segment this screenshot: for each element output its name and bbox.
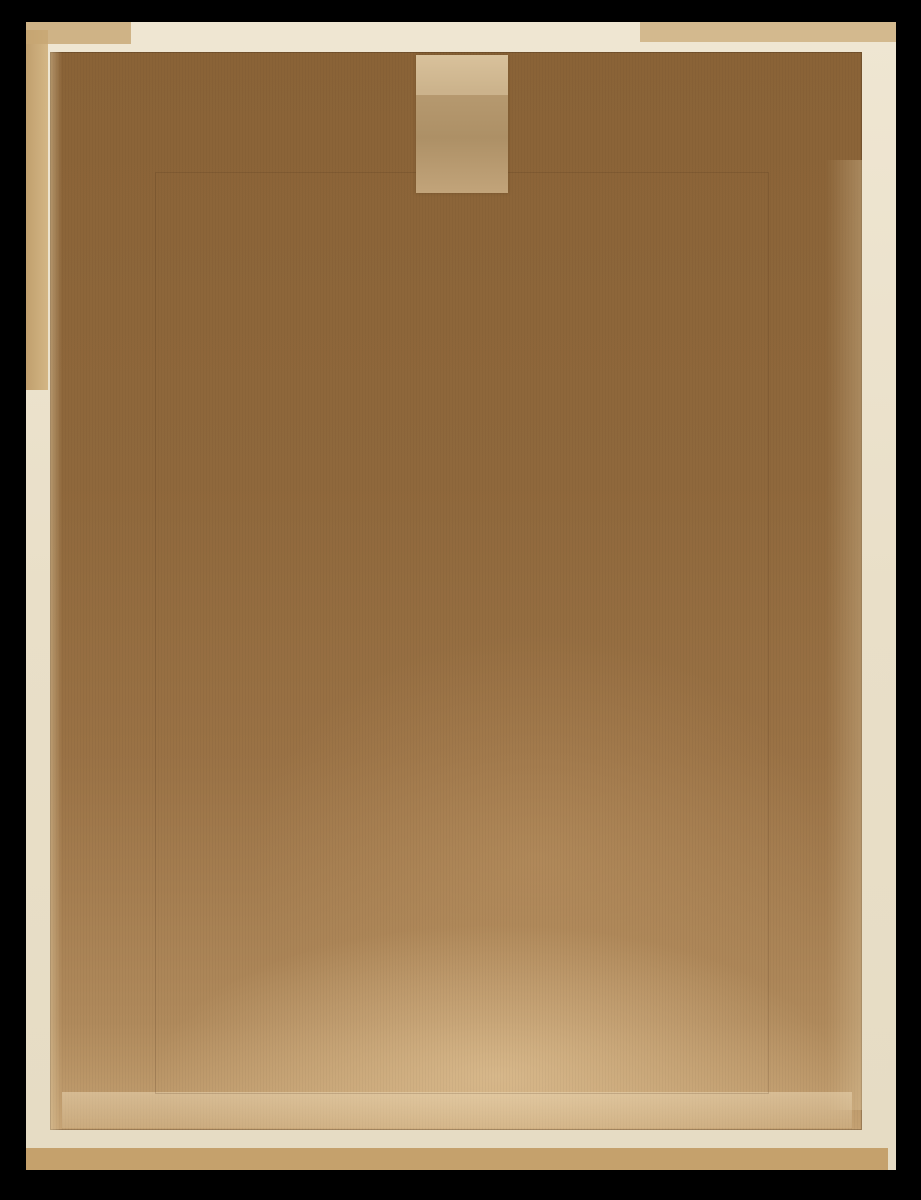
print-left-edge-wear: [50, 52, 62, 1130]
print-bottom-wear: [62, 1092, 852, 1128]
tape-bottom: [26, 1148, 888, 1170]
tape-top-right: [640, 22, 896, 42]
tape-left: [26, 30, 48, 390]
print-right-edge-wear: [826, 160, 862, 1110]
label-patch: [416, 55, 508, 193]
plate-mark: [155, 172, 769, 1094]
tape-top-left: [26, 22, 131, 44]
